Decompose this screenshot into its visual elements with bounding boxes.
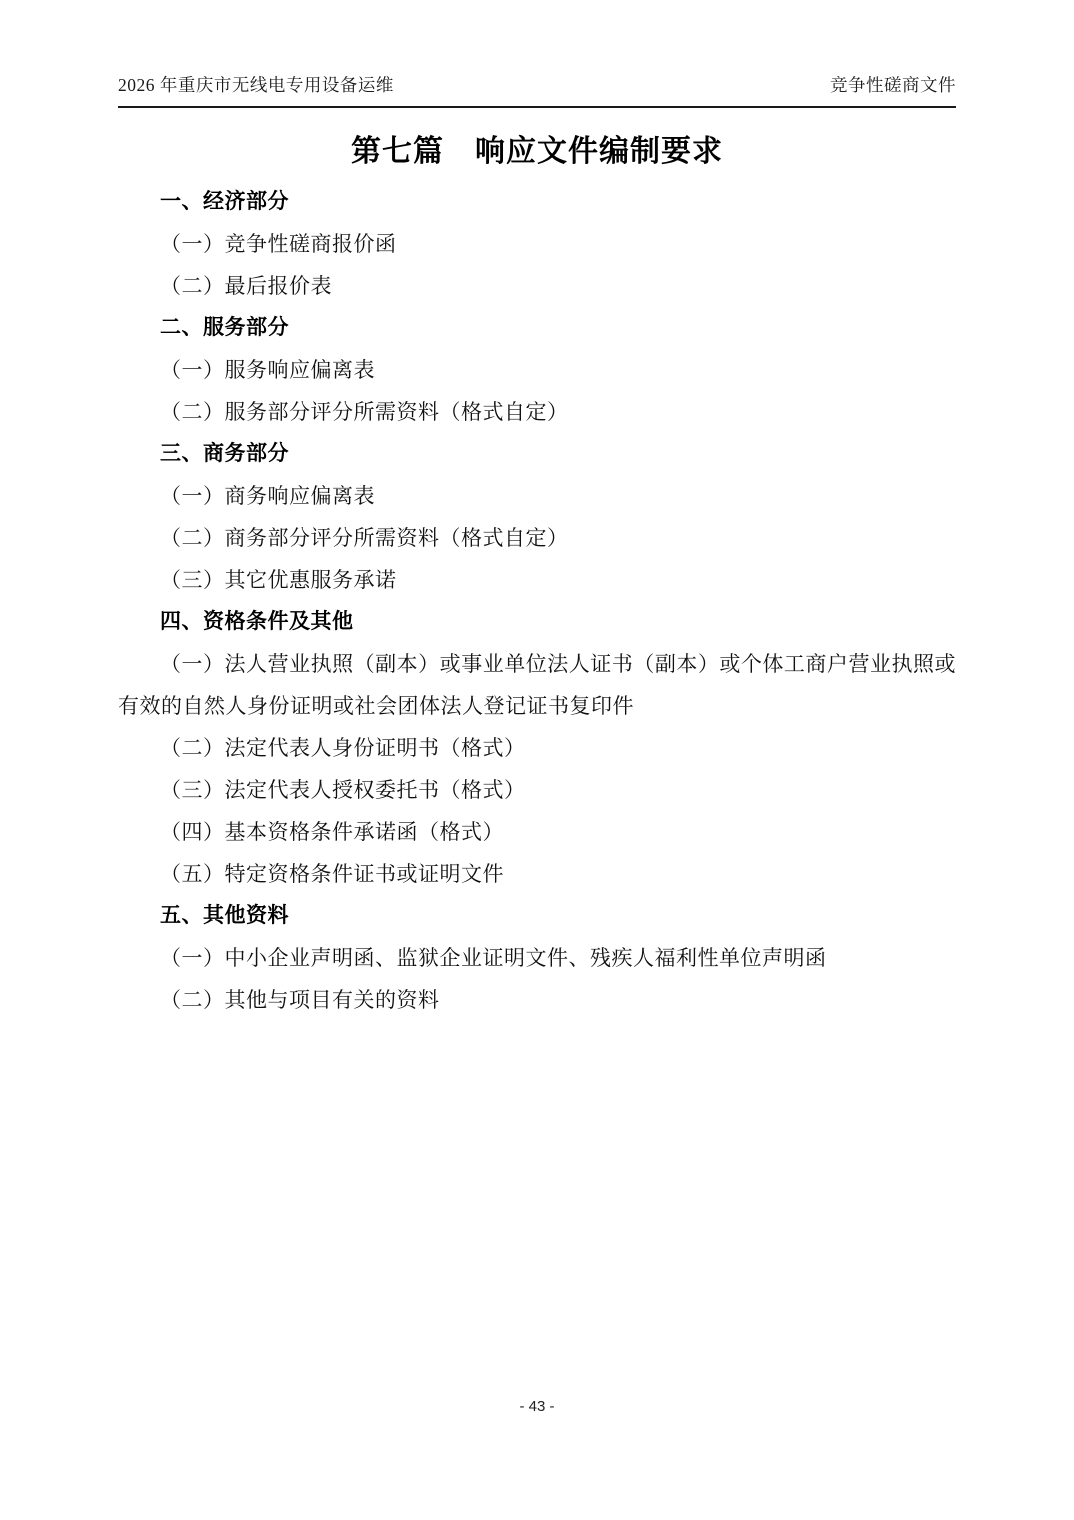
list-item: （一）法人营业执照（副本）或事业单位法人证书（副本）或个体工商户营业执照或有效的… <box>118 643 956 727</box>
list-item: （三）法定代表人授权委托书（格式） <box>118 769 956 811</box>
page-title: 第七篇 响应文件编制要求 <box>0 126 1074 170</box>
section-other-heading: 五、其他资料 <box>118 895 956 937</box>
list-item: （一）商务响应偏离表 <box>118 475 956 517</box>
list-item: （二）服务部分评分所需资料（格式自定） <box>118 391 956 433</box>
document-page: 2026 年重庆市无线电专用设备运维 竞争性磋商文件 第七篇 响应文件编制要求 … <box>0 0 1074 1520</box>
list-item: （三）其它优惠服务承诺 <box>118 559 956 601</box>
list-item: （二）其他与项目有关的资料 <box>118 979 956 1021</box>
section-qualification-heading: 四、资格条件及其他 <box>118 601 956 643</box>
document-body: 一、经济部分 （一）竞争性磋商报价函 （二）最后报价表 二、服务部分 （一）服务… <box>118 181 956 1021</box>
header-right-text: 竞争性磋商文件 <box>830 72 956 97</box>
section-business-heading: 三、商务部分 <box>118 433 956 475</box>
list-item: （二）法定代表人身份证明书（格式） <box>118 727 956 769</box>
list-item: （一）中小企业声明函、监狱企业证明文件、残疾人福利性单位声明函 <box>118 937 956 979</box>
section-economic-heading: 一、经济部分 <box>118 181 956 223</box>
list-item: （二）最后报价表 <box>118 265 956 307</box>
list-item: （一）竞争性磋商报价函 <box>118 223 956 265</box>
list-item: （二）商务部分评分所需资料（格式自定） <box>118 517 956 559</box>
page-header: 2026 年重庆市无线电专用设备运维 竞争性磋商文件 <box>118 72 956 108</box>
list-item: （四）基本资格条件承诺函（格式） <box>118 811 956 853</box>
list-item: （五）特定资格条件证书或证明文件 <box>118 853 956 895</box>
page-number: - 43 - <box>0 1398 1074 1415</box>
section-service-heading: 二、服务部分 <box>118 307 956 349</box>
list-item: （一）服务响应偏离表 <box>118 349 956 391</box>
header-left-text: 2026 年重庆市无线电专用设备运维 <box>118 72 394 97</box>
